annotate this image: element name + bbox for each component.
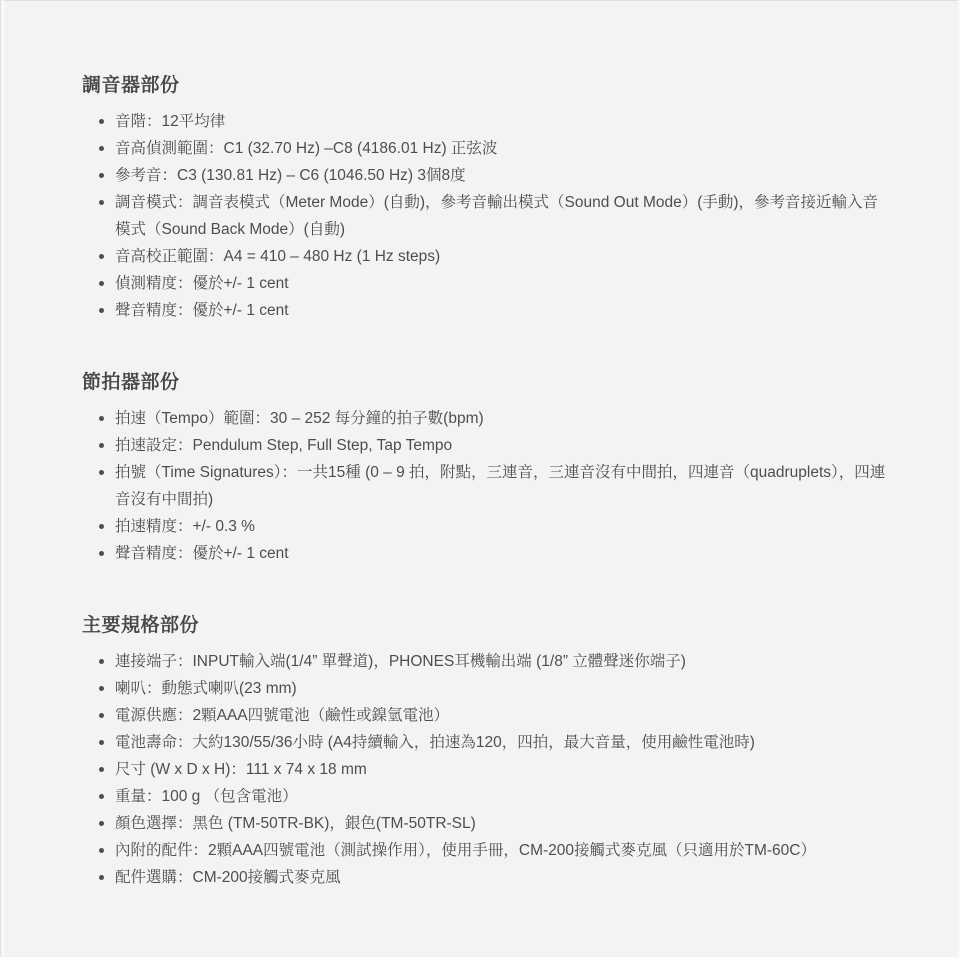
tuner-spec-list: 音階：12平均律音高偵測範圍：C1 (32.70 Hz) –C8 (4186.0…: [82, 108, 890, 324]
spec-item: 電池壽命：大約130/55/36小時 (A4持續輸入，拍速為120，四拍，最大音…: [82, 729, 890, 756]
spec-page: { "page": { "background_color": "#f2f3f2…: [0, 0, 960, 960]
section-main-specs: 主要規格部份 連接端子：INPUT輸入端(1/4” 單聲道)，PHONES耳機輸…: [82, 612, 890, 891]
spec-item: 拍速（Tempo）範圍：30 – 252 每分鐘的拍子數(bpm): [82, 405, 890, 432]
spec-item: 音高偵測範圍：C1 (32.70 Hz) –C8 (4186.01 Hz) 正弦…: [82, 135, 890, 162]
spec-item: 拍速設定：Pendulum Step, Full Step, Tap Tempo: [82, 432, 890, 459]
spec-content: 調音器部份 音階：12平均律音高偵測範圍：C1 (32.70 Hz) –C8 (…: [0, 0, 960, 891]
spec-item: 拍速精度：+/- 0.3 %: [82, 513, 890, 540]
spec-item: 音階：12平均律: [82, 108, 890, 135]
spec-item: 拍號（Time Signatures）：一共15種 (0 – 9 拍，附點，三連…: [82, 459, 890, 513]
spec-item: 連接端子：INPUT輸入端(1/4” 單聲道)，PHONES耳機輸出端 (1/8…: [82, 648, 890, 675]
spec-item: 尺寸 (W x D x H)：111 x 74 x 18 mm: [82, 756, 890, 783]
spec-item: 聲音精度：優於+/- 1 cent: [82, 540, 890, 567]
spec-item: 配件選購：CM-200接觸式麥克風: [82, 864, 890, 891]
window-left-edge: [0, 0, 1, 960]
section-metronome-title: 節拍器部份: [82, 369, 890, 397]
spec-item: 參考音：C3 (130.81 Hz) – C6 (1046.50 Hz) 3個8…: [82, 162, 890, 189]
spec-item: 電源供應：2顆AAA四號電池（鹼性或鎳氫電池）: [82, 702, 890, 729]
spec-item: 調音模式：調音表模式（Meter Mode）(自動)，參考音輸出模式（Sound…: [82, 189, 890, 243]
main-specs-list: 連接端子：INPUT輸入端(1/4” 單聲道)，PHONES耳機輸出端 (1/8…: [82, 648, 890, 891]
spec-item: 重量：100 g （包含電池）: [82, 783, 890, 810]
window-left-highlight: [2, 0, 4, 960]
spec-item: 喇叭：動態式喇叭(23 mm): [82, 675, 890, 702]
window-top-edge: [0, 0, 960, 1]
section-metronome: 節拍器部份 拍速（Tempo）範圍：30 – 252 每分鐘的拍子數(bpm)拍…: [82, 369, 890, 567]
section-tuner-title: 調音器部份: [82, 72, 890, 100]
spec-item: 音高校正範圍：A4 = 410 – 480 Hz (1 Hz steps): [82, 243, 890, 270]
spec-item: 偵測精度：優於+/- 1 cent: [82, 270, 890, 297]
spec-item: 內附的配件：2顆AAA四號電池（測試操作用），使用手冊，CM-200接觸式麥克風…: [82, 837, 890, 864]
spec-item: 顏色選擇：黑色 (TM-50TR-BK)，銀色(TM-50TR-SL): [82, 810, 890, 837]
metronome-spec-list: 拍速（Tempo）範圍：30 – 252 每分鐘的拍子數(bpm)拍速設定：Pe…: [82, 405, 890, 567]
section-main-specs-title: 主要規格部份: [82, 612, 890, 640]
spec-item: 聲音精度：優於+/- 1 cent: [82, 297, 890, 324]
section-tuner: 調音器部份 音階：12平均律音高偵測範圍：C1 (32.70 Hz) –C8 (…: [82, 72, 890, 324]
